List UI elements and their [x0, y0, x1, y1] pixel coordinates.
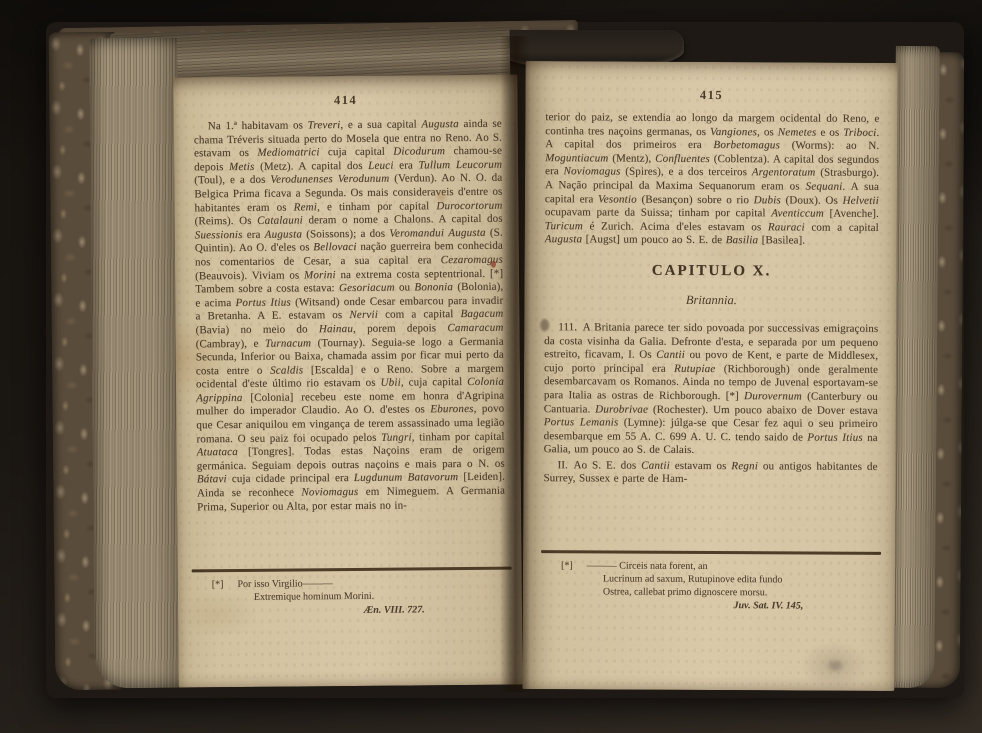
left-footnote-citation: Æn. VIII. 727. [364, 603, 504, 617]
right-page-content: terior do paiz, se extendia ao longo da … [543, 111, 879, 551]
section-paragraph-111: 111. A Britania parece ter sido povoada … [544, 321, 879, 459]
page-edges-right [890, 46, 940, 688]
right-footnote-rule [541, 550, 881, 555]
right-footnote: [*]——— Circeis nata forent, an Lucrinum … [561, 560, 875, 614]
page-edges-left [89, 38, 183, 689]
left-footnote-line-2: Extremique hominum Morini. [254, 589, 504, 604]
photo-background: 414 Na 1.ª habitavam os Treveri, e a sua… [0, 0, 982, 733]
right-footnote-citation: Juv. Sat. IV. 145, [733, 601, 874, 615]
footnote-marker: [*] [561, 560, 573, 573]
right-footnote-line-3: Ostrea, callebat primo dignoscere morsu. [603, 586, 875, 600]
left-page-number: 414 [173, 75, 517, 110]
left-footnote: [*]Por isso Virgilio——— Extremique homin… [212, 577, 504, 619]
section-paragraph-ii: II. Ao S. E. dos Cantii estavam os Regni… [543, 459, 877, 488]
footnote-marker: [*] [212, 579, 224, 592]
footnote-dash: ——— [587, 560, 617, 571]
chapter-heading: CAPITULO X. [545, 262, 879, 281]
right-page-body-top: terior do paiz, se extendia ao longo da … [545, 111, 880, 249]
right-footnote-text: Circeis nata forent, an [619, 561, 707, 572]
book-gutter-shadow [500, 36, 530, 692]
right-page: 415 terior do paiz, se extendia ao longo… [522, 61, 897, 691]
right-page-number: 415 [525, 61, 897, 104]
left-footnote-text: Por isso Virgilio [237, 578, 302, 590]
footnote-dash: ——— [303, 578, 333, 589]
left-page: 414 Na 1.ª habitavam os Treveri, e a sua… [173, 75, 522, 688]
chapter-subheading: Britannia. [544, 292, 878, 309]
right-footnote-line-2: Lucrinum ad saxum, Rutupinove edita fund… [603, 573, 875, 587]
page-stain [828, 661, 842, 671]
left-page-body: Na 1.ª habitavam os Treveri, e a sua cap… [194, 118, 506, 573]
